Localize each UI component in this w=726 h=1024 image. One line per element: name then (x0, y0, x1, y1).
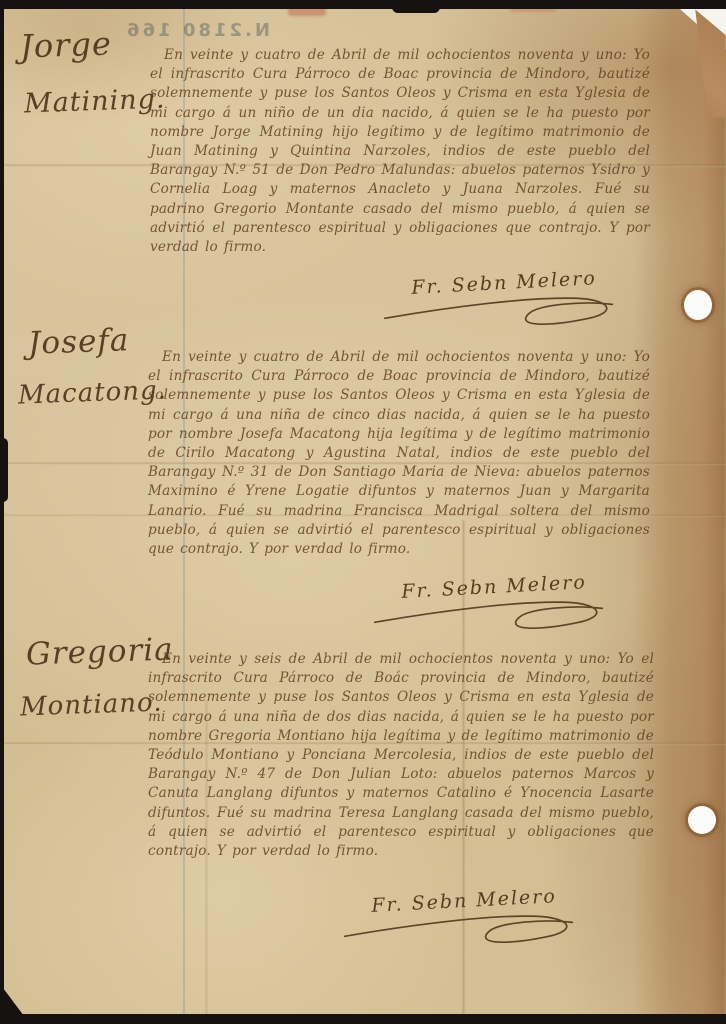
punch-hole (684, 290, 712, 320)
scan-edge-bump (0, 438, 8, 502)
entry3-body-text: En veinte y seis de Abril de mil ochocie… (148, 650, 654, 861)
scanned-document-page: N.2180 166 Jorge Matining. En veinte y c… (0, 0, 726, 1024)
entry2-body-text: En veinte y cuatro de Abril de mil ochoc… (148, 348, 650, 559)
scan-edge-notch (392, 0, 440, 13)
entry1-margin-name-first: Jorge (19, 24, 112, 65)
scan-edge-left (0, 0, 4, 1024)
entry1-margin-name-last: Matining. (24, 84, 167, 120)
bleedthrough-number-stamp: N.2180 166 (110, 20, 270, 41)
entry2-margin-name-last: Macatong. (18, 375, 168, 410)
entry2-margin-name-first: Josefa (27, 322, 130, 362)
punch-hole (688, 806, 716, 834)
scan-edge-bottom (0, 1014, 726, 1024)
scan-edge-top (0, 0, 726, 9)
entry3-margin-name-last: Montiano. (20, 688, 163, 723)
entry1-body-text: En veinte y cuatro de Abril de mil ochoc… (150, 46, 650, 257)
